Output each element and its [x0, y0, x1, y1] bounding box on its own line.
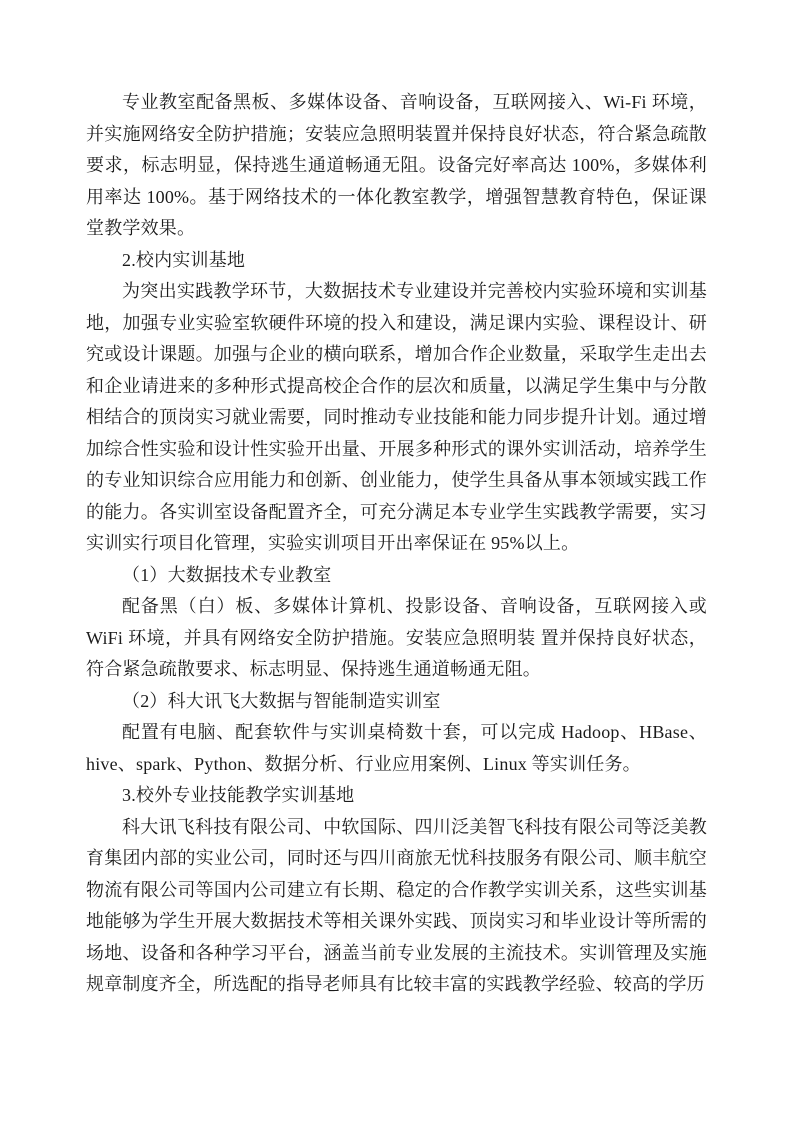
- document-page: 专业教室配备黑板、多媒体设备、音响设备，互联网接入、Wi-Fi 环境，并实施网络…: [0, 0, 793, 1122]
- body-paragraph: 配备黑（白）板、多媒体计算机、投影设备、音响设备，互联网接入或 WiFi 环境，…: [86, 591, 707, 686]
- body-paragraph: 专业教室配备黑板、多媒体设备、音响设备，互联网接入、Wi-Fi 环境，并实施网络…: [86, 87, 707, 245]
- section-heading: 2.校内实训基地: [86, 245, 707, 277]
- sub-section-heading: （1）大数据技术专业教室: [86, 560, 707, 592]
- body-paragraph: 为突出实践教学环节，大数据技术专业建设并完善校内实验环境和实训基地，加强专业实验…: [86, 276, 707, 560]
- section-heading: 3.校外专业技能教学实训基地: [86, 780, 707, 812]
- document-body: 专业教室配备黑板、多媒体设备、音响设备，互联网接入、Wi-Fi 环境，并实施网络…: [86, 87, 707, 1001]
- sub-section-heading: （2）科大讯飞大数据与智能制造实训室: [86, 686, 707, 718]
- body-paragraph: 配置有电脑、配套软件与实训桌椅数十套，可以完成 Hadoop、HBase、hiv…: [86, 717, 707, 780]
- body-paragraph: 科大讯飞科技有限公司、中软国际、四川泛美智飞科技有限公司等泛美教育集团内部的实业…: [86, 812, 707, 1001]
